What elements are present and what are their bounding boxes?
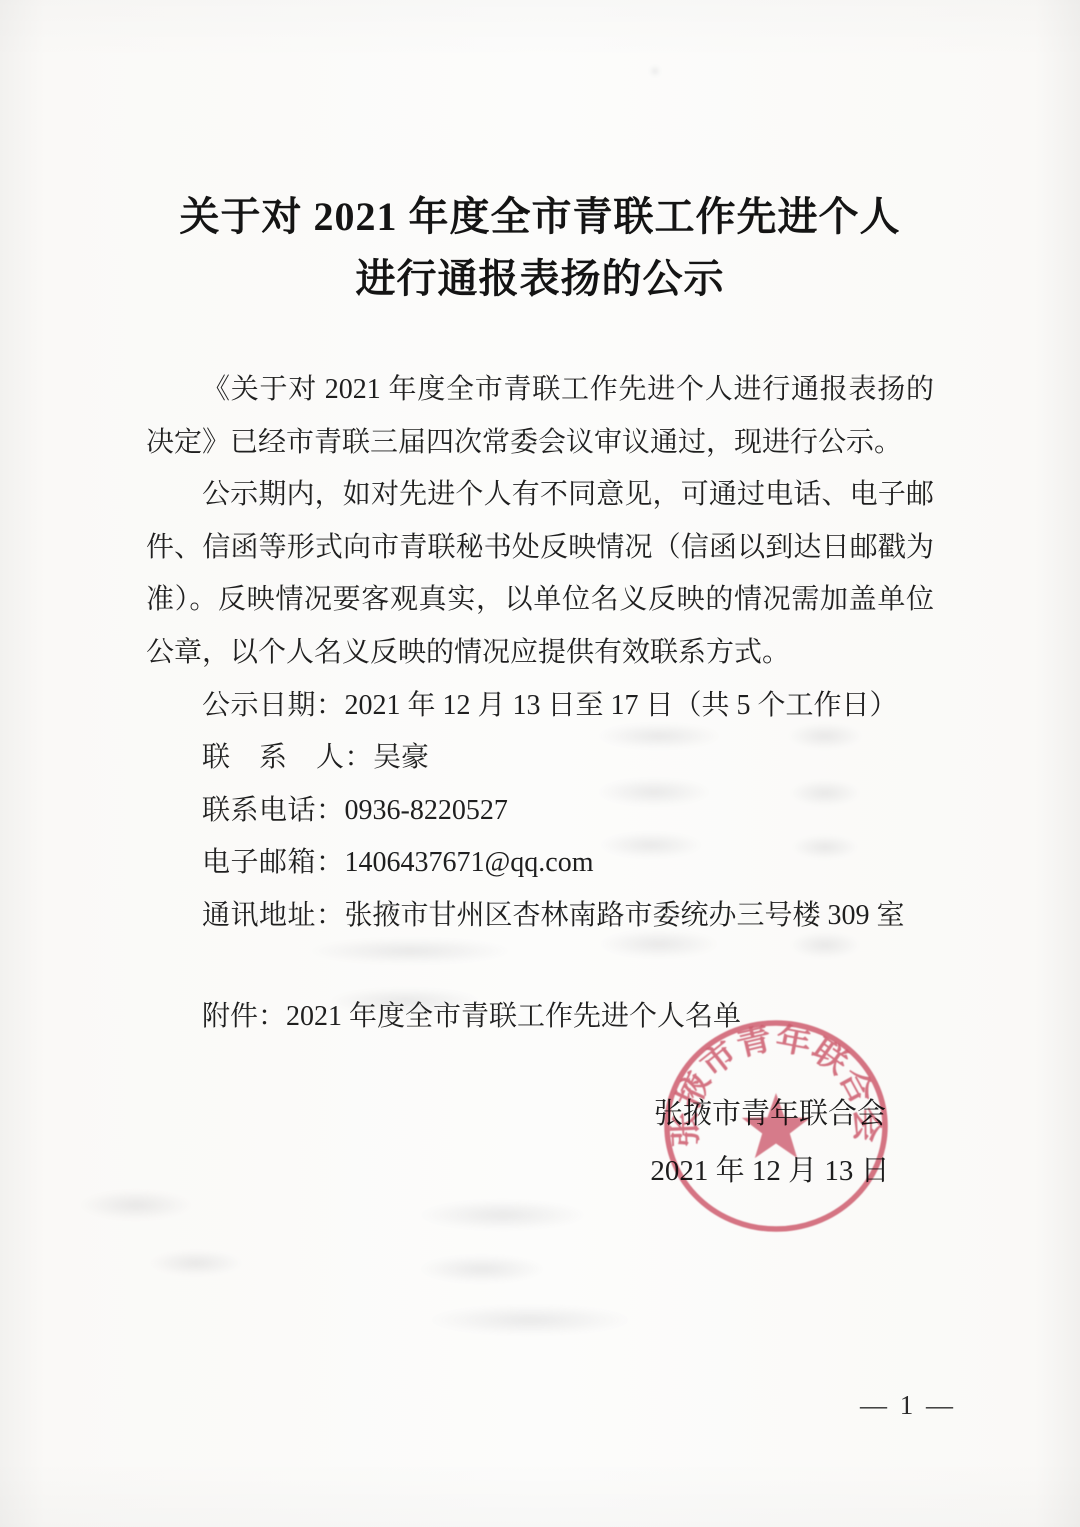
publicity-date-label: 公示日期：	[202, 690, 345, 721]
email-value: 1406437671@qq.com	[345, 847, 594, 878]
official-seal: 张掖市青年联合会	[661, 1019, 891, 1237]
document-body: 《关于对 2021 年度全市青联工作先进个人进行通报表扬的决定》已经市青联三届四…	[146, 364, 934, 1043]
title-line-2: 进行通报表扬的公示	[100, 248, 980, 310]
bleedthrough-smudge	[80, 1190, 192, 1220]
page-title: 关于对 2021 年度全市青联工作先进个人 进行通报表扬的公示	[100, 186, 980, 310]
paragraph-objection: 公示期内，如对先进个人有不同意见，可通过电话、电子邮件、信函等形式向市青联秘书处…	[146, 469, 934, 679]
title-line-1: 关于对 2021 年度全市青联工作先进个人	[100, 186, 980, 248]
paper-speck	[650, 66, 660, 76]
info-line-address: 通讯地址：张掖市甘州区杏林南路市委统办三号楼 309 室	[146, 890, 934, 943]
bleedthrough-smudge	[420, 1200, 585, 1230]
phone-label: 联系电话：	[202, 795, 345, 826]
publicity-date-value: 2021 年 12 月 13 日至 17 日（共 5 个工作日）	[345, 690, 898, 721]
bleedthrough-smudge	[150, 1250, 242, 1276]
bleedthrough-smudge	[420, 1255, 544, 1283]
bleedthrough-smudge	[430, 1305, 630, 1335]
contact-person-label: 联 系 人：	[202, 742, 373, 773]
email-label: 电子邮箱：	[202, 847, 345, 878]
scanned-notice-page: 关于对 2021 年度全市青联工作先进个人 进行通报表扬的公示 《关于对 202…	[0, 0, 1080, 1527]
info-line-publicity-date: 公示日期：2021 年 12 月 13 日至 17 日（共 5 个工作日）	[146, 680, 934, 733]
info-line-contact-person: 联 系 人：吴豪	[146, 732, 934, 785]
paragraph-decision: 《关于对 2021 年度全市青联工作先进个人进行通报表扬的决定》已经市青联三届四…	[146, 364, 934, 469]
address-label: 通讯地址：	[202, 900, 345, 931]
address-value: 张掖市甘州区杏林南路市委统办三号楼 309 室	[345, 900, 905, 931]
info-line-phone: 联系电话：0936-8220527	[146, 785, 934, 838]
info-line-email: 电子邮箱：1406437671@qq.com	[146, 837, 934, 890]
page-number: — 1 —	[860, 1390, 956, 1421]
contact-person-value: 吴豪	[373, 742, 429, 773]
phone-value: 0936-8220527	[345, 795, 508, 826]
seal-star-icon	[742, 1093, 810, 1158]
